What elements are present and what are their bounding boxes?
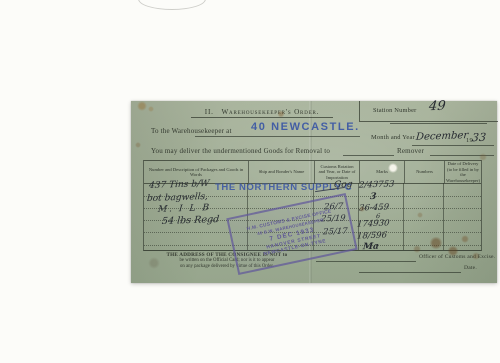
officer-signature-line (316, 261, 416, 262)
newcastle-stamp: 40 NEWCASTLE. (251, 121, 360, 133)
handwritten-goods-line: 437 Tins b/W (148, 179, 209, 191)
form-title-text: Warehousekeeper's Order. (221, 108, 319, 116)
officer-label: Officer of Customs and Excise. (419, 254, 495, 260)
date-label: Date. (464, 265, 477, 271)
form-number: II. (205, 108, 214, 116)
handwritten-goods-line: 54 lbs Regd (161, 214, 219, 227)
remover-underline (430, 155, 494, 156)
month-year-label: Month and Year (371, 134, 415, 141)
station-number-value-handwritten: 49 (428, 99, 446, 115)
year-handwritten: 33 (471, 131, 486, 144)
col-header-numbers: Numbers (404, 161, 444, 183)
to-warehousekeeper-label: To the Warehousekeeper at (151, 127, 232, 135)
station-number-label: Station Number (373, 107, 416, 114)
month-year-underline (412, 145, 494, 146)
handwritten-marks-value: 18/596 (357, 230, 388, 241)
warehousekeepers-order-form: II. Warehousekeeper's Order. Station Num… (131, 101, 497, 283)
date-line (359, 272, 461, 273)
deliver-underline (343, 155, 394, 156)
handwritten-signature-mark: Ma (363, 242, 380, 253)
deliver-instruction: You may deliver the undermentioned Goods… (151, 147, 330, 155)
handwritten-marks-value: 3 (370, 192, 377, 202)
table-column-divider (443, 183, 444, 250)
form-title: II. Warehousekeeper's Order. (191, 108, 333, 118)
handwritten-marks-value: 2/43753 (358, 179, 394, 190)
col-header-ship-bonder: Ship and Bonder's Name (248, 161, 314, 183)
remover-label: Remover (397, 147, 424, 155)
station-underline (390, 123, 487, 124)
col-header-date-of-delivery: Date of Delivery (to be filled in by the… (444, 161, 481, 183)
northern-supply-stamp: THE NORTHERN SUPPLY C (215, 182, 352, 193)
table-column-divider (403, 183, 404, 250)
photo-crease-arc (138, 0, 206, 10)
handwritten-marks-value: 174930 (357, 218, 390, 229)
handwritten-marks-value: 36-459 (359, 202, 390, 213)
month-handwritten: December (415, 130, 468, 143)
to-underline (195, 136, 360, 137)
handwritten-goods-line: M. I L B (157, 203, 211, 215)
